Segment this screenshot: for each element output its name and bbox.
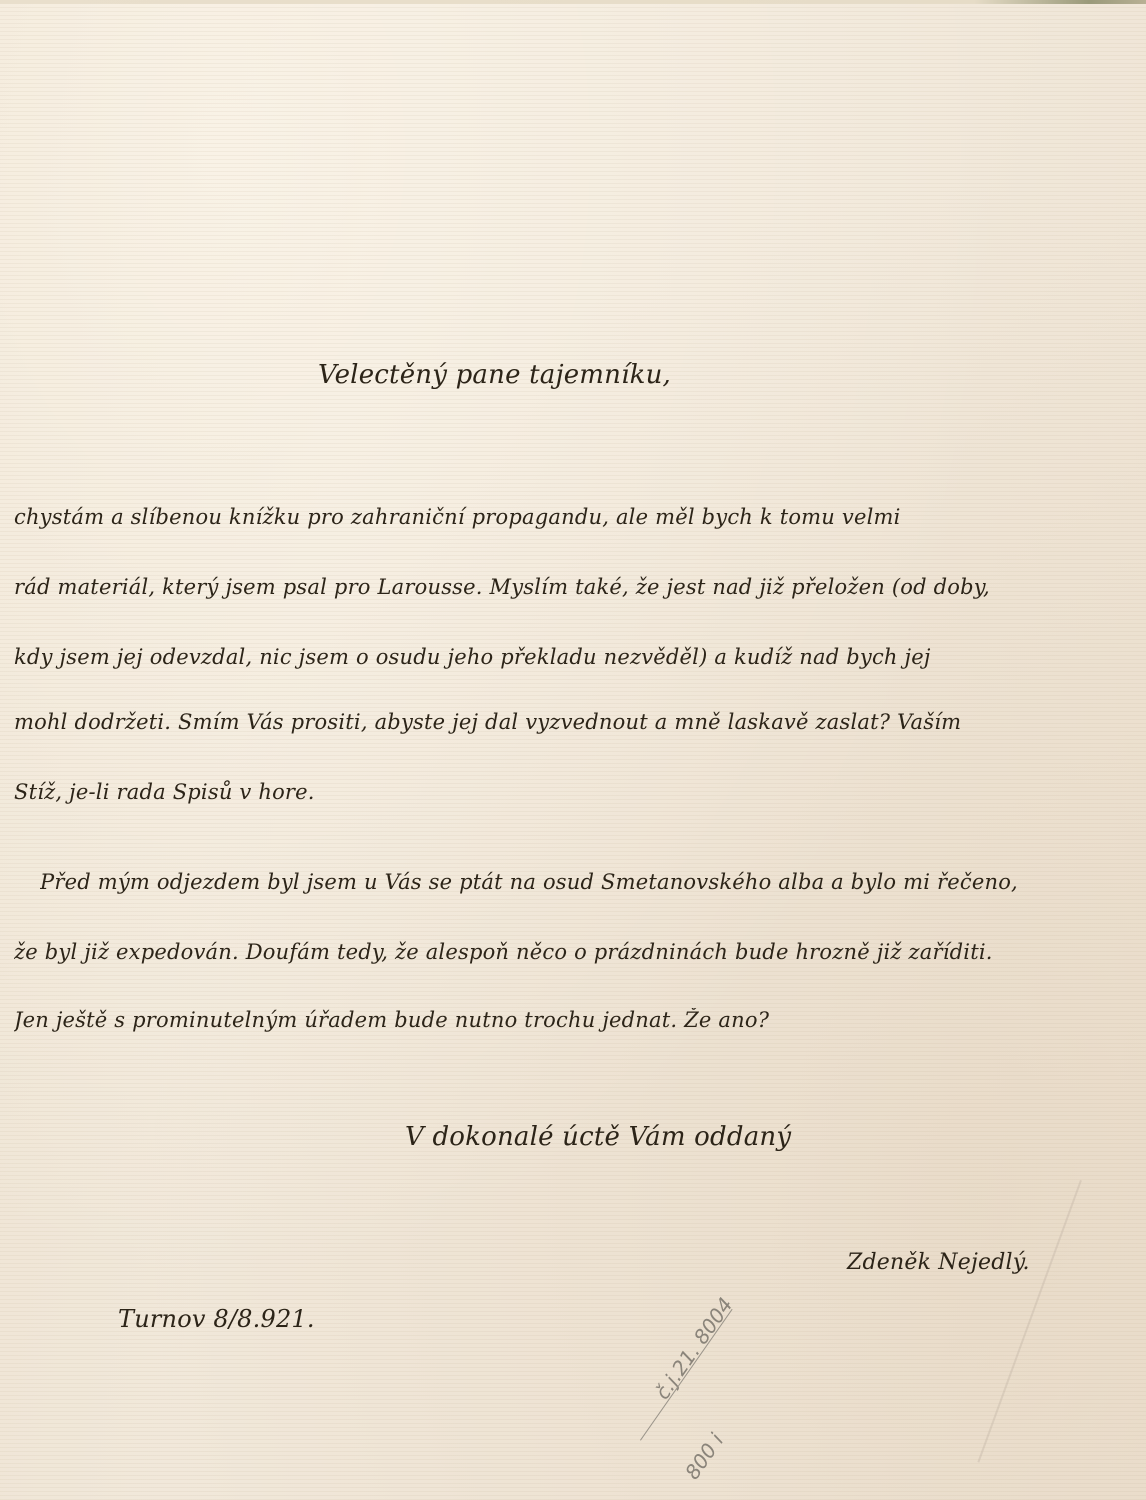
closing: V dokonalé úctě Vám oddaný	[405, 1122, 791, 1152]
archive-note-reference: č.j.21. 8004	[650, 1293, 738, 1404]
body-line-3: kdy jsem jej odevzdal, nic jsem o osudu …	[14, 645, 1134, 669]
archive-note-number: 800 i	[680, 1429, 728, 1484]
body-line-4: mohl dodržeti. Smím Vás prositi, abyste …	[14, 710, 1134, 734]
body-line-1: chystám a slíbenou knížku pro zahraniční…	[14, 505, 1134, 529]
signature: Zdeněk Nejedlý.	[847, 1250, 1030, 1275]
place-and-date: Turnov 8/8.921.	[118, 1305, 315, 1333]
letter-page: Velectěný pane tajemníku, chystám a slíb…	[0, 0, 1146, 1500]
body-line-5: Stíž, je-li rada Spisů v hore.	[14, 780, 1134, 804]
body-line-2: rád materiál, který jsem psal pro Larous…	[14, 575, 1134, 599]
body-line-6: Před mým odjezdem byl jsem u Vás se ptát…	[40, 870, 1146, 894]
body-line-8: Jen ještě s prominutelným úřadem bude nu…	[14, 1008, 1134, 1032]
paper-top-edge	[0, 0, 1146, 4]
paper-fold-crease	[977, 1180, 1081, 1463]
body-line-7: že byl již expedován. Doufám tedy, že al…	[14, 940, 1134, 964]
archive-pencil-note: č.j.21. 8004 800 i	[640, 1340, 820, 1480]
archive-note-divider	[640, 1309, 733, 1441]
salutation: Velectěný pane tajemníku,	[318, 360, 671, 390]
